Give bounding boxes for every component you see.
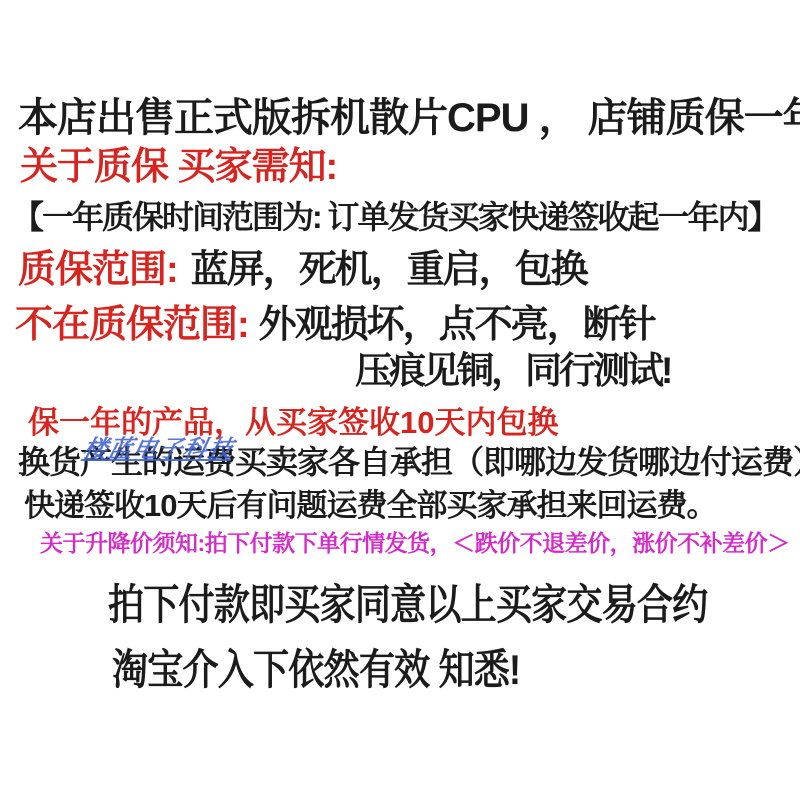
not-covered-scope-items-line2: 压痕见铜，同行测试! <box>355 352 670 391</box>
not-covered-scope-label: 不在质保范围: <box>15 304 249 346</box>
not-covered-scope-line: 不在质保范围:外观损坏，点不亮，断针 <box>15 306 655 346</box>
warranty-heading: 关于质保 买家需知: <box>20 148 337 188</box>
covered-scope-line: 质保范围:蓝屏，死机，重启，包换 <box>18 251 587 291</box>
agreement-line-1: 拍下付款即买家同意以上买家交易合约 <box>108 583 707 627</box>
shop-watermark: 楼蓝电子科技 <box>80 429 237 464</box>
notice-image: 本店出售正式版拆机散片CPU ， 店铺质保一年 关于质保 买家需知: 【一年质保… <box>0 0 800 800</box>
agreement-line-2: 淘宝介入下依然有效 知悉! <box>112 648 520 692</box>
freight-rule-2: 快递签收10天后有问题运费全部买家承担来回运费。 <box>24 490 716 523</box>
price-change-rule: 关于升降价须知:拍下付款下单行情发货，＜跌价不退差价，涨价不补差价＞ <box>40 531 790 555</box>
not-covered-scope-items: 外观损坏，点不亮，断针 <box>259 304 655 346</box>
covered-scope-items: 蓝屏，死机，重启，包换 <box>191 249 587 291</box>
covered-scope-label: 质保范围: <box>18 249 178 291</box>
headline: 本店出售正式版拆机散片CPU ， 店铺质保一年 <box>18 97 800 139</box>
warranty-period: 【一年质保时间范围为: 订单发货买家快递签收起一年内】 <box>12 201 778 235</box>
